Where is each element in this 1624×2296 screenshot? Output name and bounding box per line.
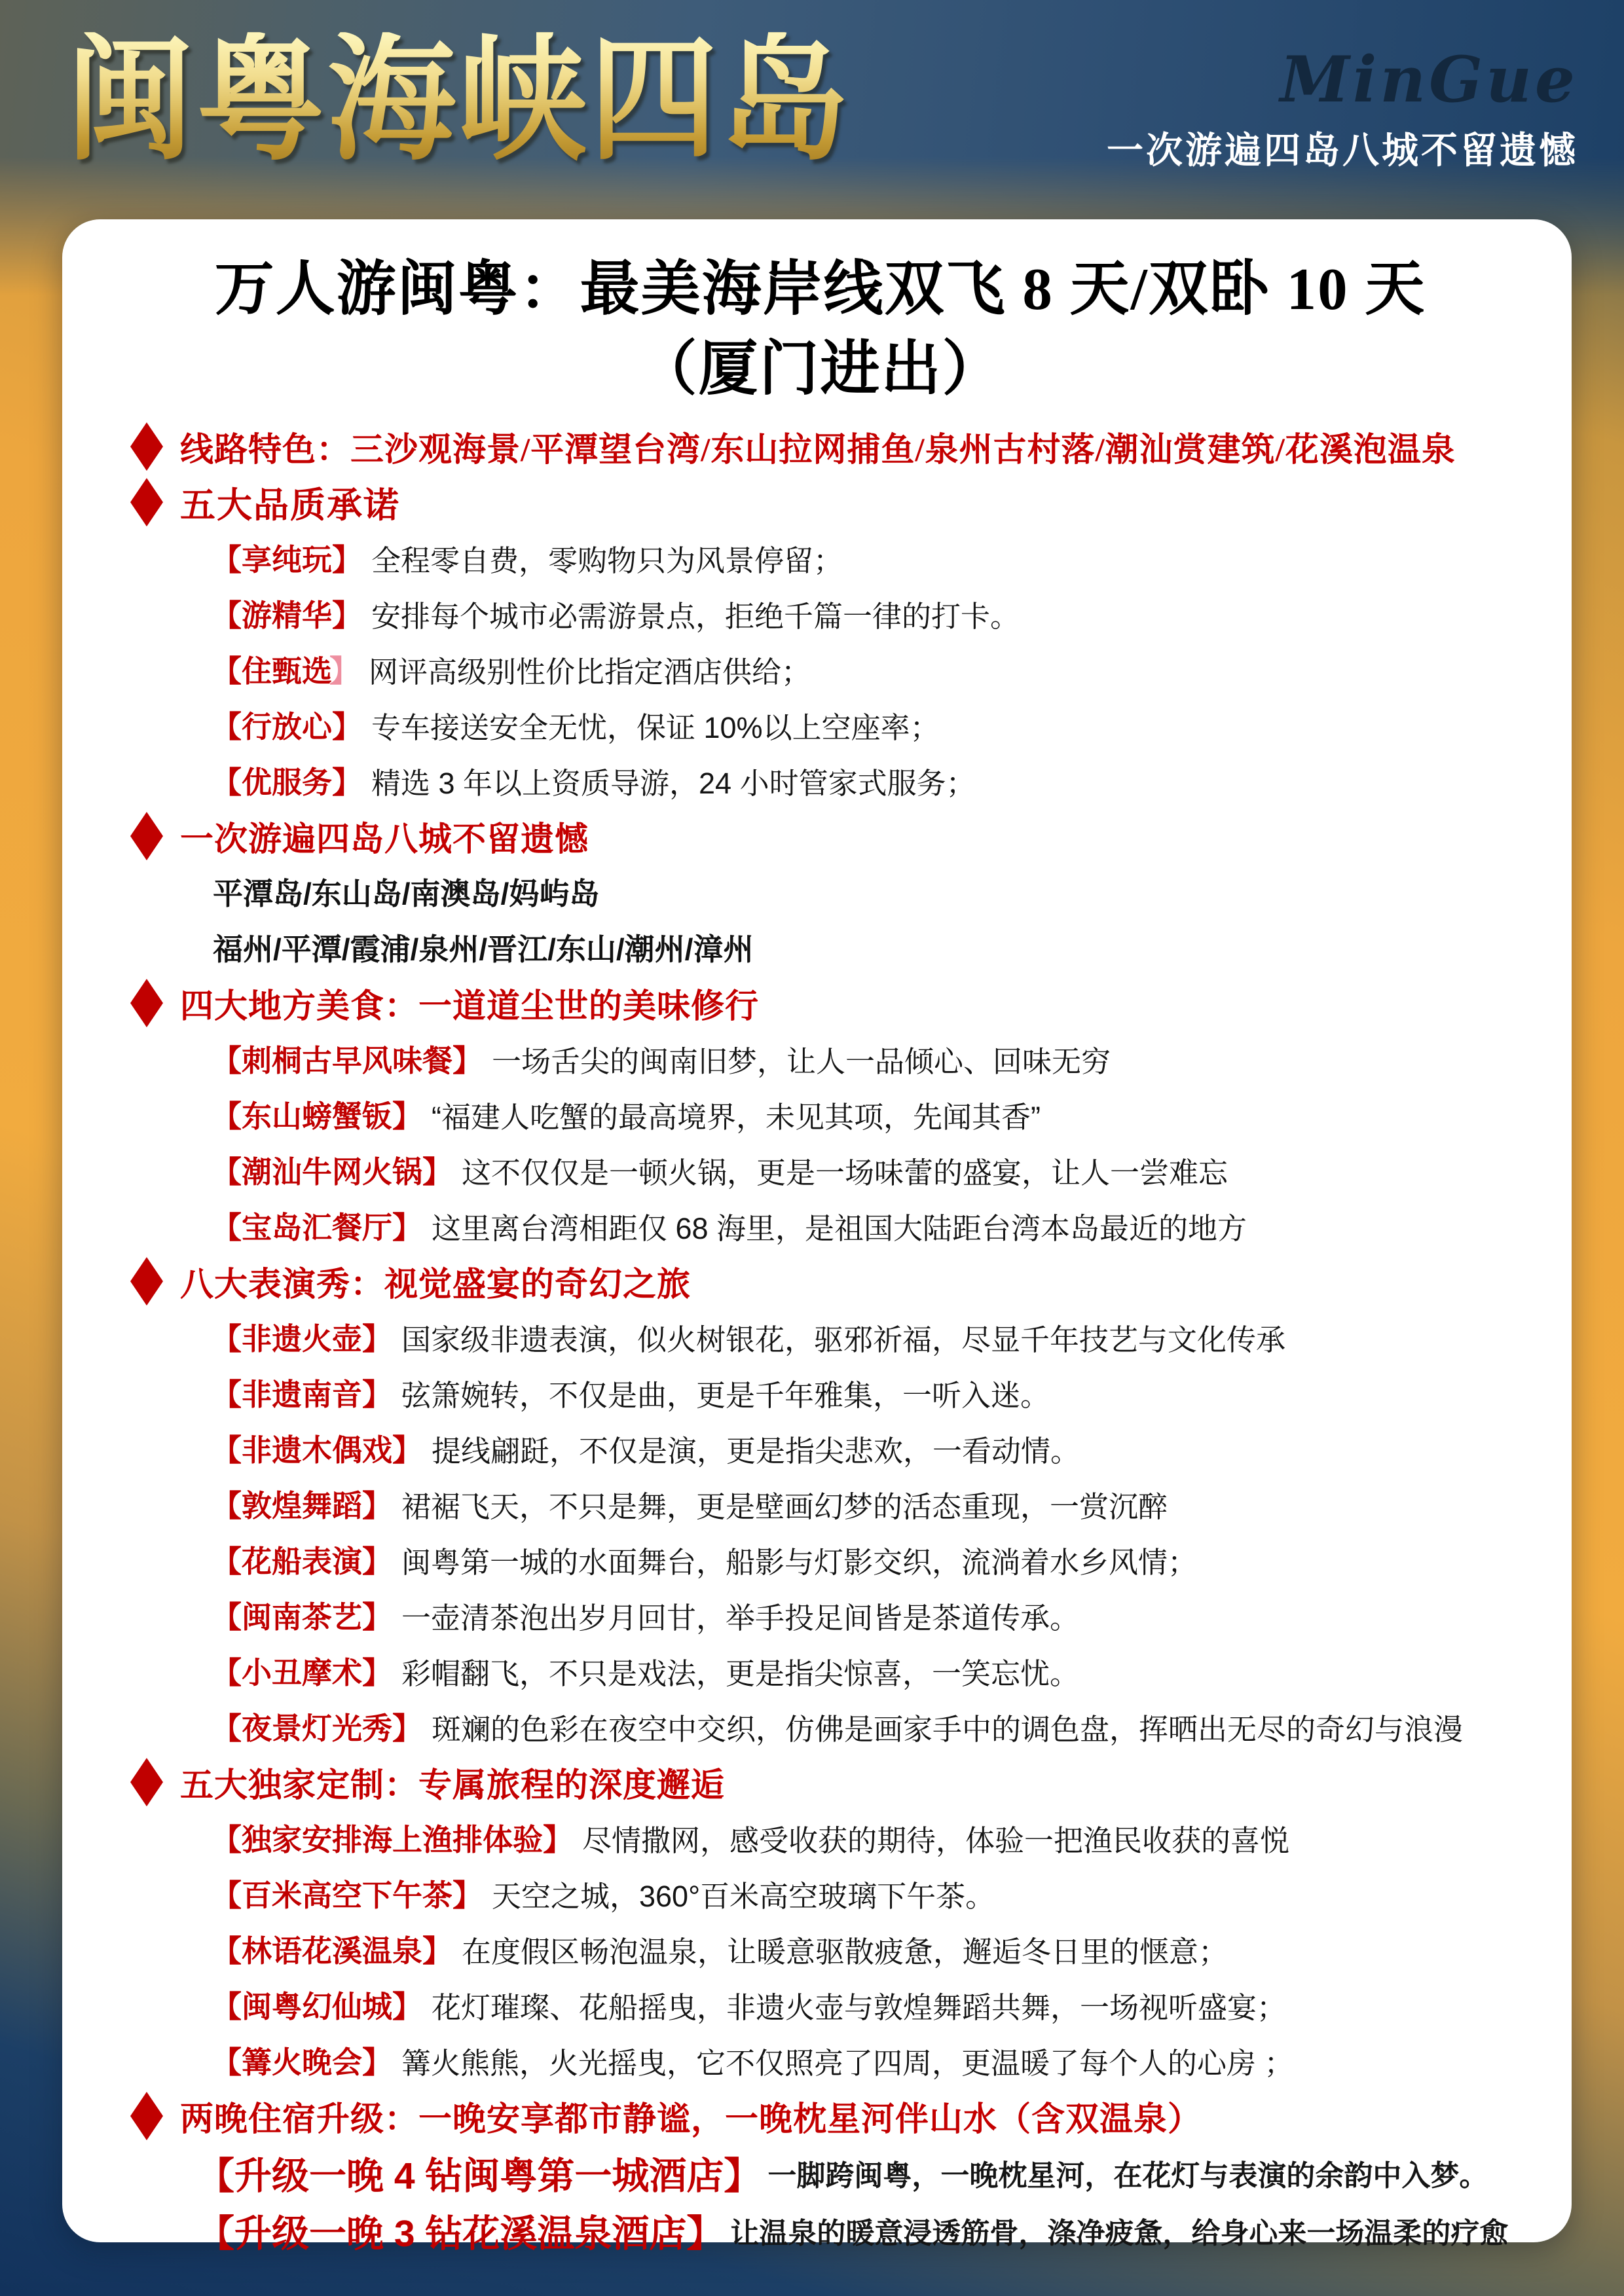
item-label: 【享纯玩】 xyxy=(212,536,362,579)
item-label: 【独家安排海上渔排体验】 xyxy=(212,1816,573,1859)
page-subtitle: （厦门进出） xyxy=(128,331,1513,408)
item-desc: 篝火熊熊，火光摇曳，它不仅照亮了四周，更温暖了每个人的心房 ； xyxy=(401,2039,1294,2082)
diamond-bullet-icon xyxy=(130,812,163,860)
item-label: 【行放心】 xyxy=(212,703,362,746)
feature-text: 线路特色：三沙观海景/平潭望台湾/东山拉网捕鱼/泉州古村落/潮汕赏建筑/花溪泡温… xyxy=(180,422,1456,471)
show-item: 【闽南茶艺】 一壶清茶泡出岁月回甘，举手投足间皆是茶道传承。 xyxy=(128,1588,1513,1643)
item-label: 【宝岛汇餐厅】 xyxy=(212,1204,422,1247)
item-desc: 全程零自费，零购物只为风景停留； xyxy=(371,537,843,579)
show-item: 【小丑摩术】 彩帽翻飞，不只是戏法，更是指尖惊喜，一笑忘忧。 xyxy=(128,1643,1513,1699)
header-tagline: 一次游遍四岛八城不留遗憾 xyxy=(1107,122,1578,174)
show-item: 【非遗火壶】 国家级非遗表演，似火树银花，驱邪祈福，尽显千年技艺与文化传承 xyxy=(128,1309,1513,1365)
diamond-bullet-icon xyxy=(130,422,163,471)
item-desc: 提线翩跹，不仅是演，更是指尖悲欢，一看动情。 xyxy=(432,1427,1080,1470)
promise-item: 【住甄选 】 网评高级别性价比指定酒店供给； xyxy=(128,642,1513,697)
section-title: 四大地方美食：一道道尘世的美味修行 xyxy=(180,979,759,1027)
diamond-bullet-icon xyxy=(130,1758,163,1806)
food-item: 【宝岛汇餐厅】 这里离台湾相距仅 68 海里，是祖国大陆距台湾本岛最近的地方 xyxy=(128,1198,1513,1254)
diamond-bullet-icon xyxy=(130,2092,163,2140)
show-item: 【非遗木偶戏】 提线翩跹，不仅是演，更是指尖悲欢，一看动情。 xyxy=(128,1421,1513,1476)
item-desc: 这不仅仅是一顿火锅，更是一场味蕾的盛宴，让人一尝难忘 xyxy=(462,1149,1228,1192)
cities-list: 福州/平潭/霞浦/泉州/晋江/东山/潮州/漳州 xyxy=(128,920,1513,975)
item-label: 【住甄选 xyxy=(212,647,332,691)
food-item: 【潮汕牛网火锅】 这不仅仅是一顿火锅，更是一场味蕾的盛宴，让人一尝难忘 xyxy=(128,1142,1513,1198)
item-desc: 天空之城，360°百米高空玻璃下午茶。 xyxy=(492,1872,995,1915)
show-item: 【敦煌舞蹈】 裙裾飞天，不只是舞，更是壁画幻梦的活态重现，一赏沉醉 xyxy=(128,1476,1513,1532)
diamond-bullet-icon xyxy=(130,478,163,526)
diamond-bullet-icon xyxy=(130,979,163,1027)
section-title: 两晚住宿升级：一晚安享都市静谧，一晚枕星河伴山水（含双温泉） xyxy=(180,2092,1202,2140)
item-label: 【篝火晚会】 xyxy=(212,2039,392,2082)
item-label: 【刺桐古早风味餐】 xyxy=(212,1037,483,1080)
section-promises-header: 五大品质承诺 xyxy=(128,475,1513,530)
item-label: 【百米高空下午茶】 xyxy=(212,1872,483,1915)
section-title: 八大表演秀：视觉盛宴的奇幻之旅 xyxy=(180,1257,691,1305)
hotel-desc: 一脚跨闽粤，一晚枕星河，在花灯与表演的余韵中入梦。 xyxy=(767,2152,1488,2194)
item-label: 【非遗火壶】 xyxy=(212,1315,392,1358)
promise-item: 【优服务】 精选 3 年以上资质导游，24 小时管家式服务； xyxy=(128,753,1513,809)
item-label: 【潮汕牛网火锅】 xyxy=(212,1148,452,1192)
item-desc: 闽粤第一城的水面舞台，船影与灯影交织，流淌着水乡风情； xyxy=(401,1539,1197,1581)
item-label-close-bracket: 】 xyxy=(329,647,360,691)
item-desc: 花灯璀璨、花船摇曳，非遗火壶与敦煌舞蹈共舞，一场视听盛宴； xyxy=(432,1984,1286,2026)
item-label: 【林语花溪温泉】 xyxy=(212,1927,452,1971)
item-desc: 弦箫婉转，不仅是曲，更是千年雅集，一听入迷。 xyxy=(401,1372,1050,1414)
custom-item: 【闽粤幻仙城】 花灯璀璨、花船摇曳，非遗火壶与敦煌舞蹈共舞，一场视听盛宴； xyxy=(128,1977,1513,2033)
item-desc: 彩帽翻飞，不只是戏法，更是指尖惊喜，一笑忘忧。 xyxy=(401,1650,1079,1692)
item-desc: 一场舌尖的闽南旧梦，让人一品倾心、回味无穷 xyxy=(492,1038,1111,1080)
food-item: 【东山螃蟹钣】 “福建人吃蟹的最高境界，未见其项，先闻其香” xyxy=(128,1087,1513,1142)
item-label: 【敦煌舞蹈】 xyxy=(212,1482,392,1525)
hotel-upgrade-item: 【升级一晚 3 钻花溪温泉酒店】 让温泉的暖意浸透筋骨，涤净疲惫，给身心来一场温… xyxy=(128,2202,1513,2259)
section-shows-header: 八大表演秀：视觉盛宴的奇幻之旅 xyxy=(128,1254,1513,1309)
section-custom-header: 五大独家定制：专属旅程的深度邂逅 xyxy=(128,1755,1513,1810)
diamond-bullet-icon xyxy=(130,1257,163,1305)
section-title: 五大品质承诺 xyxy=(180,477,400,528)
promise-item: 【游精华】 安排每个城市必需游景点，拒绝千篇一律的打卡。 xyxy=(128,586,1513,642)
item-label: 【闽南茶艺】 xyxy=(212,1594,392,1637)
custom-item: 【林语花溪温泉】 在度假区畅泡温泉，让暖意驱散疲惫，邂逅冬日里的惬意； xyxy=(128,1922,1513,1977)
item-desc: “福建人吃蟹的最高境界，未见其项，先闻其香” xyxy=(432,1093,1041,1136)
section-upgrade-header: 两晚住宿升级：一晚安享都市静谧，一晚枕星河伴山水（含双温泉） xyxy=(128,2088,1513,2144)
item-desc: 尽情撒网，感受收获的期待，体验一把渔民收获的喜悦 xyxy=(582,1817,1289,1859)
item-desc: 这里离台湾相距仅 68 海里，是祖国大陆距台湾本岛最近的地方 xyxy=(432,1205,1247,1247)
item-desc: 国家级非遗表演，似火树银花，驱邪祈福，尽显千年技艺与文化传承 xyxy=(401,1316,1285,1358)
item-desc: 专车接送安全无忧，保证 10%以上空座率； xyxy=(371,704,940,746)
page-title: 万人游闽粤：最美海岸线双飞 8 天/双卧 10 天 xyxy=(128,251,1513,328)
item-label: 【东山螃蟹钣】 xyxy=(212,1093,422,1136)
section-food-header: 四大地方美食：一道道尘世的美味修行 xyxy=(128,975,1513,1031)
section-islands-header: 一次游遍四岛八城不留遗憾 xyxy=(128,809,1513,864)
islands-list: 平潭岛/东山岛/南澳岛/妈屿岛 xyxy=(128,864,1513,920)
item-label: 【优服务】 xyxy=(212,759,362,802)
item-label: 【非遗南音】 xyxy=(212,1371,392,1414)
custom-item: 【百米高空下午茶】 天空之城，360°百米高空玻璃下午茶。 xyxy=(128,1866,1513,1922)
show-item: 【非遗南音】 弦箫婉转，不仅是曲，更是千年雅集，一听入迷。 xyxy=(128,1365,1513,1421)
brand-logo: 闽粤海峡四岛 xyxy=(65,32,851,168)
item-desc: 裙裾飞天，不只是舞，更是壁画幻梦的活态重现，一赏沉醉 xyxy=(401,1483,1168,1525)
section-feature: 线路特色：三沙观海景/平潭望台湾/东山拉网捕鱼/泉州古村落/潮汕赏建筑/花溪泡温… xyxy=(128,419,1513,475)
item-desc: 安排每个城市必需游景点，拒绝千篇一律的打卡。 xyxy=(371,592,1020,635)
section-title: 一次游遍四岛八城不留遗憾 xyxy=(180,812,589,860)
item-label: 【闽粤幻仙城】 xyxy=(212,1983,422,2026)
item-desc: 网评高级别性价比指定酒店供给； xyxy=(369,648,811,691)
item-label: 【小丑摩术】 xyxy=(212,1649,392,1692)
page-header: 闽粤海峡四岛 MinGue 一次游遍四岛八城不留遗憾 xyxy=(0,0,1624,219)
item-label: 【夜景灯光秀】 xyxy=(212,1705,422,1748)
custom-item: 【独家安排海上渔排体验】 尽情撒网，感受收获的期待，体验一把渔民收获的喜悦 xyxy=(128,1810,1513,1866)
hotel-desc: 让温泉的暖意浸透筋骨，涤净疲惫，给身心来一场温柔的疗愈 xyxy=(730,2210,1508,2251)
header-right: MinGue 一次游遍四岛八城不留遗憾 xyxy=(1107,48,1578,174)
show-item: 【夜景灯光秀】 斑斓的色彩在夜空中交织，仿佛是画家手中的调色盘，挥晒出无尽的奇幻… xyxy=(128,1699,1513,1755)
item-label: 【非遗木偶戏】 xyxy=(212,1427,422,1470)
custom-item: 【篝火晚会】 篝火熊熊，火光摇曳，它不仅照亮了四周，更温暖了每个人的心房 ； xyxy=(128,2033,1513,2088)
food-item: 【刺桐古早风味餐】 一场舌尖的闽南旧梦，让人一品倾心、回味无穷 xyxy=(128,1031,1513,1087)
hotel-upgrade-item: 【升级一晚 4 钻闽粤第一城酒店】 一脚跨闽粤，一晚枕星河，在花灯与表演的余韵中… xyxy=(128,2144,1513,2202)
brand-script-logo: MinGue xyxy=(1280,48,1578,111)
content-card: 万人游闽粤：最美海岸线双飞 8 天/双卧 10 天 （厦门进出） 线路特色：三沙… xyxy=(62,219,1572,2242)
promise-item: 【行放心】 专车接送安全无忧，保证 10%以上空座率； xyxy=(128,697,1513,753)
hotel-label: 【升级一晚 4 钻闽粤第一城酒店】 xyxy=(197,2146,761,2200)
item-desc: 在度假区畅泡温泉，让暖意驱散疲惫，邂逅冬日里的惬意； xyxy=(462,1928,1228,1971)
item-desc: 精选 3 年以上资质导游，24 小时管家式服务； xyxy=(371,759,976,802)
hotel-label: 【升级一晚 3 钻花溪温泉酒店】 xyxy=(197,2204,724,2257)
item-label: 【花船表演】 xyxy=(212,1538,392,1581)
section-title: 五大独家定制：专属旅程的深度邂逅 xyxy=(180,1758,725,1806)
item-label: 【游精华】 xyxy=(212,592,362,635)
item-desc: 一壶清茶泡出岁月回甘，举手投足间皆是茶道传承。 xyxy=(401,1594,1079,1637)
item-desc: 斑斓的色彩在夜空中交织，仿佛是画家手中的调色盘，挥晒出无尽的奇幻与浪漫 xyxy=(432,1705,1463,1748)
promise-item: 【享纯玩】 全程零自费，零购物只为风景停留； xyxy=(128,530,1513,586)
show-item: 【花船表演】 闽粤第一城的水面舞台，船影与灯影交织，流淌着水乡风情； xyxy=(128,1532,1513,1588)
